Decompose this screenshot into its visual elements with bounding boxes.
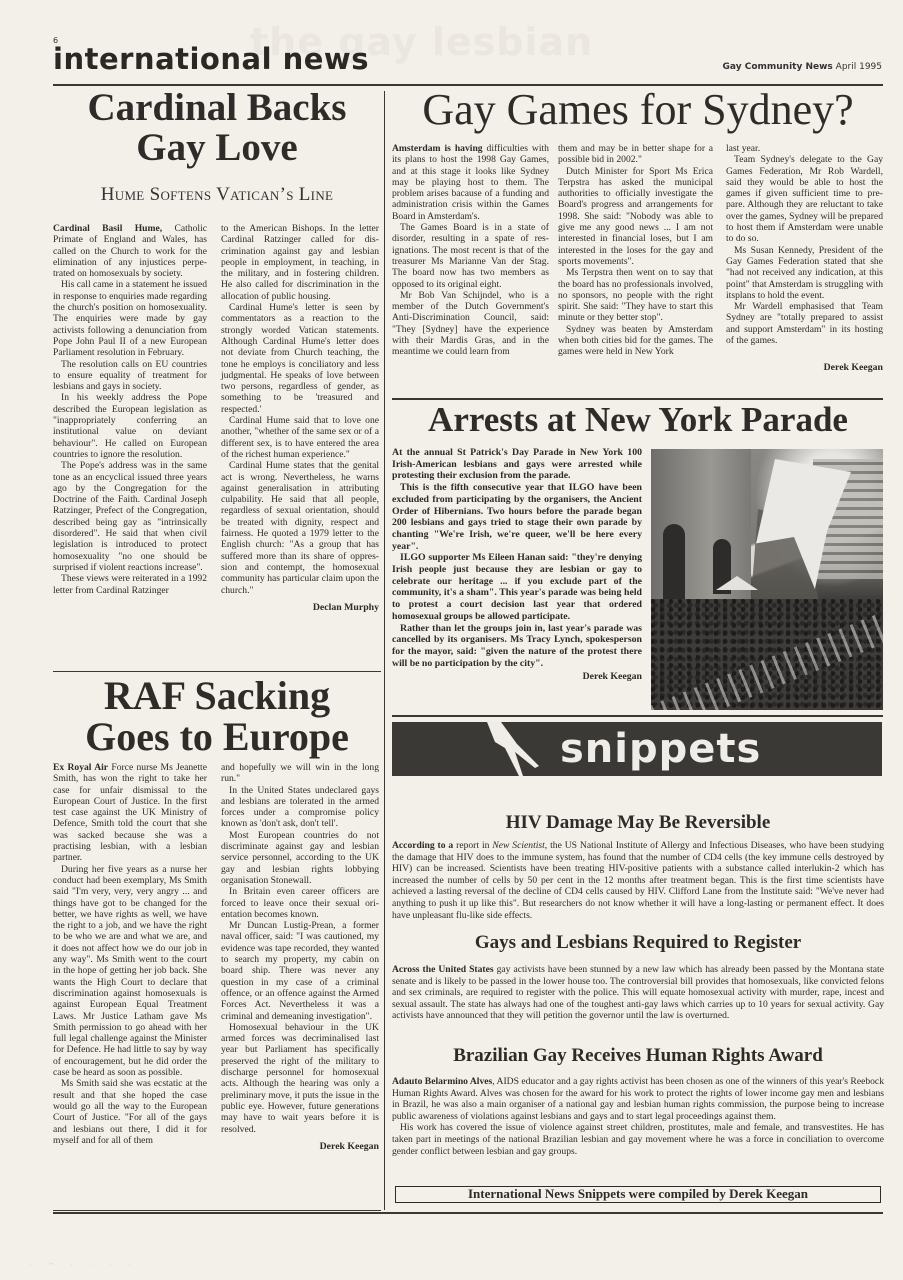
raf-headline-line1: RAF Sacking: [53, 675, 381, 716]
games-column-3: last year. Team Sydney's delegate to the…: [726, 143, 883, 374]
column-divider: [384, 91, 385, 1210]
paragraph: Mr Wardell emphasised that Team Sydney a…: [726, 301, 883, 346]
paragraph: Ms Susan Kennedy, President of the Gay G…: [726, 245, 883, 301]
publication-name: New Scientist: [492, 840, 544, 851]
paragraph: These views were reiterated in a 1992 le…: [53, 573, 207, 596]
paragraph: Team Sydney's delegate to the Gay Games …: [726, 154, 883, 244]
paragraph: Ms Terpstra then went on to say that the…: [558, 267, 713, 323]
section-rule: [392, 715, 883, 717]
snippet-body-brazil: Adauto Belarmino Alves, AIDS educator an…: [392, 1076, 884, 1157]
lead-in: Across the United States: [392, 964, 494, 975]
section-rule: [53, 671, 381, 672]
paragraph: them and may be in better shape for a po…: [558, 143, 713, 166]
snippet-headline-hiv: HIV Damage May Be Reversible: [392, 812, 884, 834]
paragraph: This is the fifth consecutive year that …: [392, 482, 642, 552]
snippet-body-hiv: According to a report in New Scientist, …: [392, 840, 884, 921]
byline: Declan Murphy: [221, 602, 379, 613]
paragraph: Mr Duncan Lustig-Prean, a former naval o…: [221, 920, 379, 1022]
clothes-peg-icon: [487, 722, 557, 776]
paragraph: The Pope's address was in the same tone …: [53, 460, 207, 573]
games-column-2: them and may be in better shape for a po…: [558, 143, 713, 358]
lead-in: Amsterdam is having: [392, 143, 483, 154]
paragraph: In his weekly address the Pope described…: [53, 392, 207, 460]
cardinal-column-2: to the American Bishops. In the let­ter …: [221, 223, 379, 613]
raf-headline-line2: Goes to Europe: [53, 716, 381, 757]
paper-specks: · ~ · · · ·: [30, 1262, 139, 1268]
paragraph: Adauto Belarmino Alves, AIDS educator an…: [392, 1076, 884, 1122]
paragraph: Mr Bob Van Schijndel, who is a member of…: [392, 290, 549, 358]
raf-column-1: Ex Royal Air Force nurse Ms Jeanette Smi…: [53, 762, 207, 1146]
paragraph: Cardinal Hume said that to love one anot…: [221, 415, 379, 460]
lead-in: According to a: [392, 840, 453, 851]
paragraph: Across the United States gay activists h…: [392, 964, 884, 1022]
snippets-label: snippets: [560, 722, 761, 776]
games-column-1: Amsterdam is having difficulties with it…: [392, 143, 549, 358]
paragraph: According to a report in New Scientist, …: [392, 840, 884, 921]
arrests-headline: Arrests at New York Parade: [392, 402, 884, 437]
cardinal-column-1: Cardinal Basil Hume, Catholic Primate of…: [53, 223, 207, 596]
paragraph: Cardinal Basil Hume, Catholic Primate of…: [53, 223, 207, 279]
paragraph: ILGO supporter Ms Eileen Hanan said: "th…: [392, 552, 642, 622]
arch-shape: [663, 524, 685, 599]
paragraph-text: , the US National Institute of Allergy a…: [392, 840, 884, 921]
paragraph: Homosexual behaviour in the UK armed for…: [221, 1022, 379, 1135]
paragraph: to the American Bishops. In the let­ter …: [221, 223, 379, 302]
paragraph: Cardinal Hume's letter is seen by commen…: [221, 302, 379, 415]
cardinal-headline: Cardinal Backs Gay Love: [53, 88, 381, 168]
section-rule: [53, 1210, 381, 1211]
paragraph-text: report in: [453, 840, 492, 851]
newspaper-page: the gay lesbian 6 international news Gay…: [0, 0, 903, 1280]
paragraph-text: Force nurse Ms Jeanette Smith, has won t…: [53, 762, 207, 863]
paragraph: and hopefully we will win in the long ru…: [221, 762, 379, 785]
lead-in: Adauto Belarmino Alves: [392, 1076, 492, 1087]
parade-photo: [651, 449, 883, 710]
paragraph: Ex Royal Air Force nurse Ms Jeanette Smi…: [53, 762, 207, 864]
paragraph: last year.: [726, 143, 883, 154]
paragraph: Dutch Minister for Sport Ms Erica Terpst…: [558, 166, 713, 268]
snippet-headline-brazil: Brazilian Gay Receives Human Rights Awar…: [392, 1045, 884, 1067]
lead-in: Cardinal Basil Hume,: [53, 223, 162, 234]
paragraph: During her five years as a nurse her con…: [53, 864, 207, 1079]
games-headline: Gay Games for Sydney?: [392, 88, 884, 132]
masthead: Gay Community News April 1995: [723, 62, 882, 72]
paragraph: The resolution calls on EU coun­tries to…: [53, 359, 207, 393]
paragraph: Amsterdam is having difficulties with it…: [392, 143, 549, 222]
paragraph: In the United States undeclared gays and…: [221, 785, 379, 830]
snippets-credit: International News Snippets were compile…: [395, 1186, 881, 1203]
raf-headline: RAF Sacking Goes to Europe: [53, 675, 381, 757]
footer-rule: [53, 1212, 883, 1214]
snippets-banner: snippets: [392, 722, 882, 776]
byline: Derek Keegan: [726, 362, 883, 373]
paragraph: Most European countries do not discrimin…: [221, 830, 379, 886]
byline: Derek Keegan: [392, 671, 642, 683]
cardinal-headline-line1: Cardinal Backs: [53, 88, 381, 128]
paragraph: In Britain even career officers are forc…: [221, 886, 379, 920]
paragraph-text: difficulties with its plans to host the …: [392, 143, 549, 222]
paragraph: Cardinal Hume states that the gen­ital a…: [221, 460, 379, 596]
cardinal-headline-line2: Gay Love: [53, 128, 381, 168]
paragraph: Sydney was beaten by Amsterdam when both…: [558, 324, 713, 358]
snippet-headline-register: Gays and Lesbians Required to Register: [392, 932, 884, 954]
paragraph: The Games Board is in a state of disorde…: [392, 222, 549, 290]
cardinal-subhead: Hume Softens Vatican’s Line: [53, 184, 381, 206]
arrests-body: At the annual St Patrick's Day Parade in…: [392, 447, 642, 683]
paragraph: His call came in a statement he issued i…: [53, 279, 207, 358]
publication-name: Gay Community News: [723, 62, 833, 72]
lead-in: Ex Royal Air: [53, 762, 108, 773]
snippet-body-register: Across the United States gay activists h…: [392, 964, 884, 1022]
raf-column-2: and hopefully we will win in the long ru…: [221, 762, 379, 1152]
paragraph: His work has covered the issue of violen…: [392, 1122, 884, 1157]
byline: Derek Keegan: [221, 1141, 379, 1152]
paragraph: At the annual St Patrick's Day Parade in…: [392, 447, 642, 482]
paragraph: Ms Smith said she was ecstatic at the re…: [53, 1078, 207, 1146]
issue-date: April 1995: [836, 62, 882, 72]
section-title: international news: [53, 42, 369, 76]
paragraph: Rather than let the groups join in, last…: [392, 623, 642, 670]
